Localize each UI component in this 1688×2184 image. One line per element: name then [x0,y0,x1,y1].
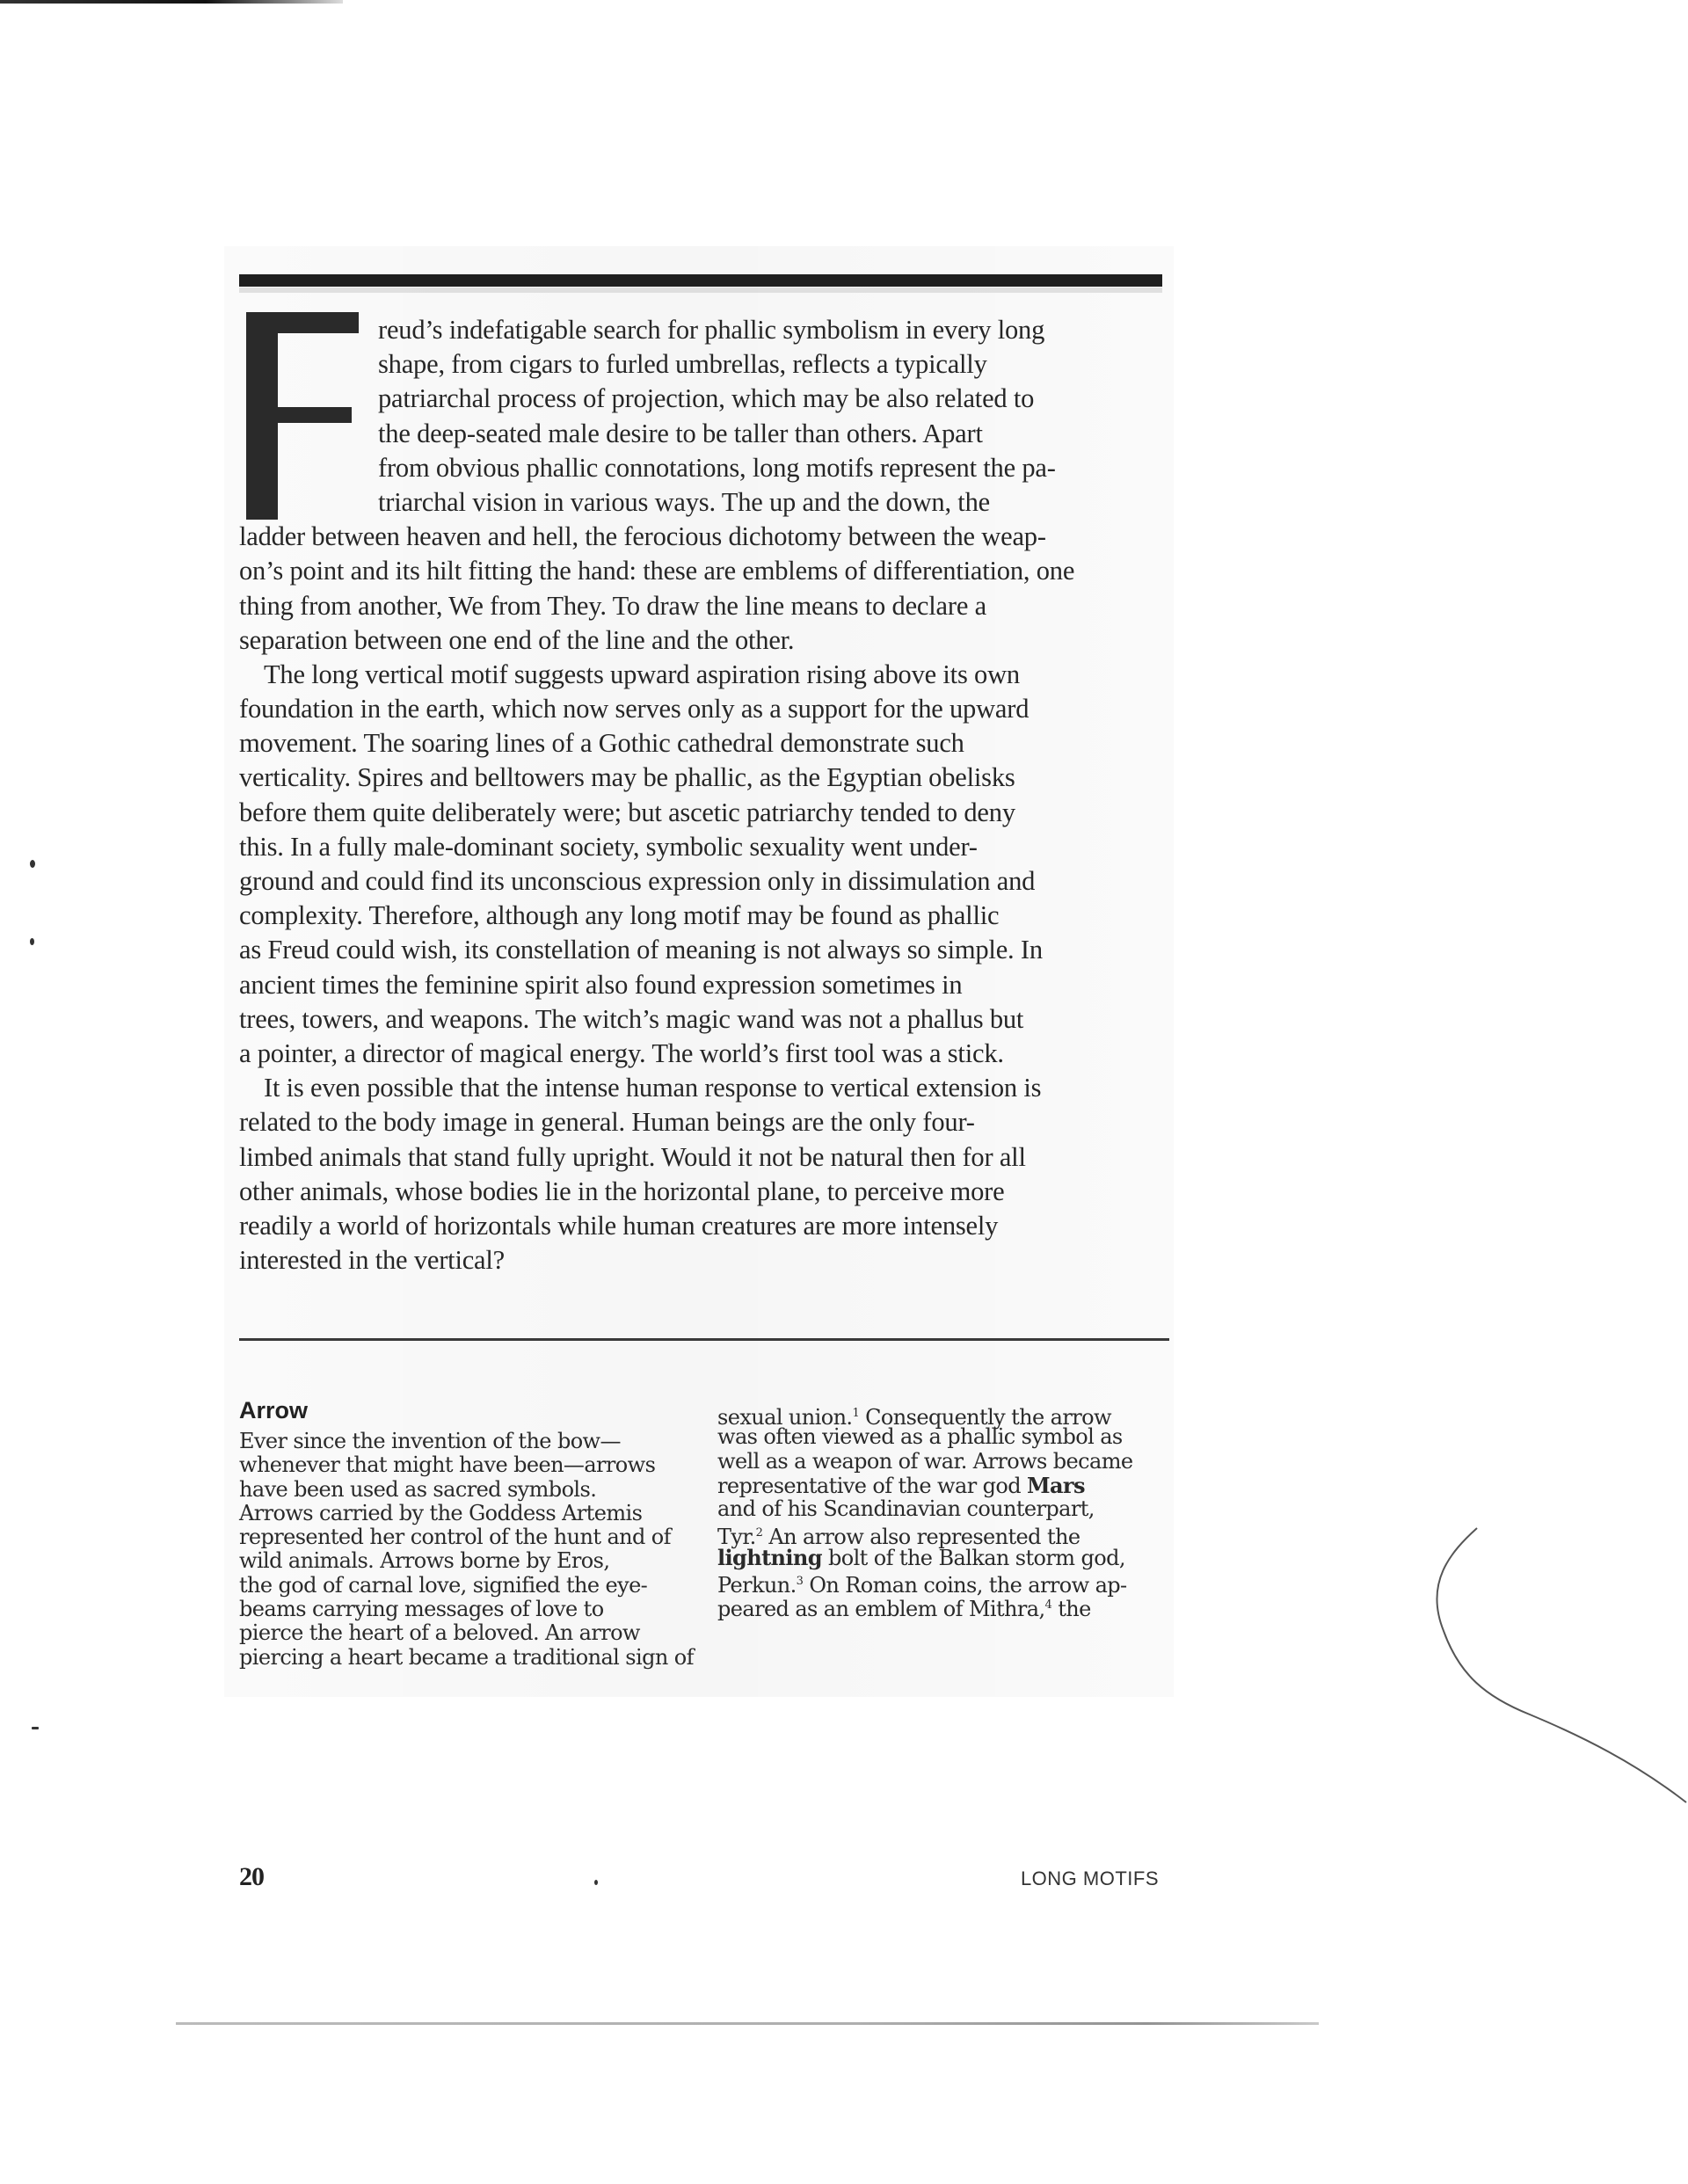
text-line: The long vertical motif suggests upward … [239,658,1164,692]
entry-line: Tyr.2 An arrow also represented the [717,1521,1166,1545]
entry-line: lightning bolt of the Balkan storm god, [717,1546,1166,1569]
text-line: the deep-seated male desire to be taller… [239,417,1164,451]
scan-speck [594,1880,598,1885]
text-line: limbed animals that stand fully upright.… [239,1140,1164,1175]
text-line: foundation in the earth, which now serve… [239,692,1164,726]
text-line: movement. The soaring lines of a Gothic … [239,726,1164,761]
text-line: a pointer, a director of magical energy.… [239,1037,1164,1071]
text-line: verticality. Spires and belltowers may b… [239,761,1164,795]
text-run: bolt of the Balkan storm god, [822,1546,1125,1570]
text-line: this. In a fully male-dominant society, … [239,830,1164,864]
text-line: thing from another, We from They. To dra… [239,589,1164,623]
entry-line: Arrows carried by the Goddess Artemis [239,1502,696,1525]
entry-line: the god of carnal love, signified the ey… [239,1574,696,1598]
scan-edge-bottom [176,2022,1319,2025]
text-line: triarchal vision in various ways. The up… [239,485,1164,520]
entry-line: beams carrying messages of love to [239,1598,696,1621]
text-line: shape, from cigars to furled umbrellas, … [239,347,1164,382]
scan-speck [32,1727,39,1729]
text-line: ground and could find its unconscious ex… [239,864,1164,899]
footnote-ref-1[interactable]: 1 [852,1407,859,1420]
entry-column-right: sexual union.1 Consequently the arrow wa… [717,1401,1166,1618]
page-number: 20 [239,1862,264,1892]
entry-line: wild animals. Arrows borne by Eros, [239,1549,696,1573]
entry-line: well as a weapon of war. Arrows became [717,1450,1166,1474]
text-line: patriarchal process of projection, which… [239,382,1164,416]
header-rule [239,274,1162,287]
text-line: reud’s indefatigable search for phallic … [239,313,1164,347]
main-body-text: reud’s indefatigable search for phallic … [239,313,1164,1278]
text-line: related to the body image in general. Hu… [239,1105,1164,1139]
running-footer-title: LONG MOTIFS [1021,1867,1159,1890]
text-line: readily a world of horizontals while hum… [239,1209,1164,1243]
text-line: trees, towers, and weapons. The witch’s … [239,1002,1164,1037]
text-line: before them quite deliberately were; but… [239,796,1164,830]
cross-ref-lightning[interactable]: lightning [717,1545,822,1570]
entry-line: have been used as sacred symbols. [239,1478,696,1502]
entry-line: Ever since the invention of the bow— [239,1430,696,1453]
text-line: interested in the vertical? [239,1243,1164,1278]
entry-column-left: Arrow Ever since the invention of the bo… [239,1396,696,1670]
entry-line: and of his Scandinavian counterpart, [717,1497,1166,1521]
text-line: complexity. Therefore, although any long… [239,899,1164,933]
text-line: as Freud could wish, its constellation o… [239,933,1164,967]
text-run: the [1051,1597,1091,1621]
entry-line: was often viewed as a phallic symbol as [717,1425,1166,1449]
entry-line: Perkun.3 On Roman coins, the arrow ap- [717,1569,1166,1593]
entry-line: sexual union.1 Consequently the arrow [717,1401,1166,1425]
text-line: separation between one end of the line a… [239,623,1164,658]
entry-heading: Arrow [239,1396,696,1430]
entry-line: represented her control of the hunt and … [239,1525,696,1549]
scan-edge-top [0,0,343,4]
text-line: ancient times the feminine spirit also f… [239,968,1164,1002]
section-divider [239,1338,1169,1341]
text-line: from obvious phallic connotations, long … [239,451,1164,485]
pen-stroke-curve [1407,1512,1688,1829]
text-line: other animals, whose bodies lie in the h… [239,1175,1164,1209]
text-run: peared as an emblem of Mithra, [717,1597,1045,1621]
entry-line: pierce the heart of a beloved. An arrow [239,1621,696,1645]
text-line: It is even possible that the intense hum… [239,1071,1164,1105]
scan-speck [30,938,34,945]
cross-ref-mars[interactable]: Mars [1027,1473,1085,1498]
entry-line: whenever that might have been—arrows [239,1453,696,1477]
scan-speck [30,860,35,868]
header-rule-shadow [239,288,1162,293]
text-line: ladder between heaven and hell, the fero… [239,520,1164,554]
entry-line: representative of the war god Mars [717,1474,1166,1497]
text-line: on’s point and its hilt fitting the hand… [239,554,1164,588]
text-run: representative of the war god [717,1474,1027,1498]
entry-line: piercing a heart became a traditional si… [239,1646,696,1670]
